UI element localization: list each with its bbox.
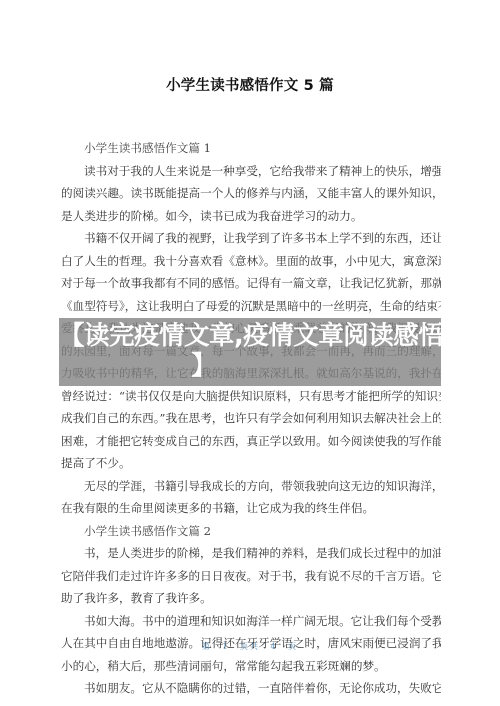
section-heading: 小学生读书感悟作文篇 1: [61, 137, 441, 160]
paragraph-line: 在我有限的生命里阅读更多的书籍，让它成为我的终生伴侣。: [61, 497, 441, 520]
paragraph-line: 《血型符号》，这让我明白了母爱的沉默是黑暗中的一丝明亮，生命的结束不因: [61, 295, 441, 318]
page-number-footer: 第 1 页共 4 页: [0, 641, 500, 652]
paragraph-line: 它陪伴我们走过许许多多的日日夜夜。对于书，我有说不尽的千言万语。它帮: [61, 565, 441, 588]
paragraph-line: 无尽的学涯，书籍引导我成长的方向，带领我驶向这无边的知识海洋，我会: [61, 475, 441, 498]
paragraph-line: 的阅读兴趣。读书既能提高一个人的修养与内涵，又能丰富人的课外知识，它: [61, 182, 441, 205]
paragraph-line: 对于每一个故事我都有不同的感悟。记得有一篇文章，让我记忆犹新，那就是: [61, 272, 441, 295]
document-title: 小学生读书感悟作文 5 篇: [0, 74, 500, 95]
paragraph-line: 助了我许多，教育了我许多。: [61, 587, 441, 610]
banner-title[interactable]: 【读完疫情文章,疫情文章阅读感悟 】: [59, 321, 441, 381]
paragraph-line: 小的心，稍大后，那些清词丽句，常常能勾起我五彩斑斓的梦。: [61, 655, 441, 678]
paragraph-line: 书如朋友。它从不隐瞒你的过错，一直陪伴着你，无论你成功，失败它都不: [61, 677, 441, 700]
paragraph-line: 白了人生的哲理。我十分喜欢看《意林》。里面的故事，小中见大，寓意深远，: [61, 250, 441, 273]
paragraph-line: 书如大海。书中的道理和知识如海洋一样广阔无垠。它让我们每个受教育的: [61, 610, 441, 633]
paragraph-line: 是人类进步的阶梯。如今，读书已成为我奋进学习的动力。: [61, 205, 441, 228]
paragraph-line: 成我们自己的东西。”我在思考，也许只有学会如何利用知识去解决社会上的: [61, 407, 441, 430]
banner-title-line-2: 】: [59, 351, 441, 381]
paragraph-line: 读书对于我的人生来说是一种享受，它给我带来了精神上的快乐，增强了我: [61, 160, 441, 183]
paragraph-line: 书，是人类进步的阶梯，是我们精神的养料，是我们成长过程中的加油站。: [61, 542, 441, 565]
section-heading: 小学生读书感悟作文篇 2: [61, 520, 441, 543]
paragraph-line: 困难，才能把它转变成自己的东西，真正学以致用。如今阅读使我的写作能力: [61, 430, 441, 453]
banner-title-line-1: 【读完疫情文章,疫情文章阅读感悟: [59, 321, 443, 351]
document-body: 小学生读书感悟作文篇 1读书对于我的人生来说是一种享受，它给我带来了精神上的快乐…: [61, 137, 441, 700]
paragraph-line: 曾经说过：“读书仅仅是向大脑提供知识原料，只有思考才能把所学的知识变: [61, 385, 441, 408]
paragraph-line: 书籍不仅开阔了我的视野，让我学到了许多书本上学不到的东西，还让我明: [61, 227, 441, 250]
paragraph-line: 提高了不少。: [61, 452, 441, 475]
document-page: 小学生读书感悟作文 5 篇 小学生读书感悟作文篇 1读书对于我的人生来说是一种享…: [0, 0, 500, 706]
